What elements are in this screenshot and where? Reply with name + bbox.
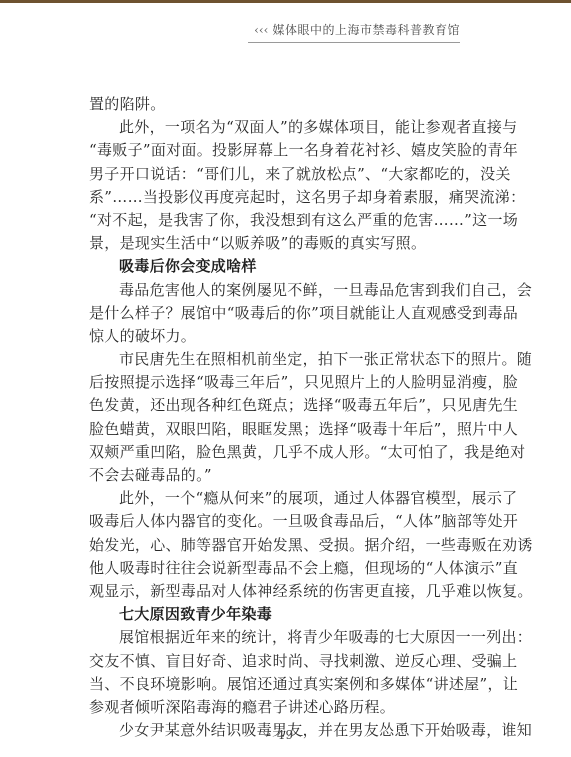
text-line: 毒品危害他人的案例屡见不鲜，一旦毒品危害到我们自己，会 [89,279,503,302]
text-line: 惊人的破坏力。 [89,325,503,348]
text-line: 后按照提示选择“吸毒三年后”，只见照片上的人脸明显消瘦，脸 [89,371,503,394]
text-line: 系”……当投影仪再度亮起时，这名男子却身着素服，痛哭流涕： [89,186,503,209]
section-2-paragraphs: 展馆根据近年来的统计，将青少年吸毒的七大原因一一列出：交友不慎、盲目好奇、追求时… [89,626,503,742]
text-line: 当、不良环境影响。展馆还通过真实案例和多媒体“讲述屋”，让 [89,673,503,696]
text-line: 始发光，心、肺等器官开始发黑、受损。据介绍，一些毒贩在劝诱 [89,534,503,557]
text-line: 不会去碰毒品的。” [89,464,503,487]
running-header: ‹‹‹媒体眼中的上海市禁毒科普教育馆 [248,20,460,43]
text-line: 色发黄，还出现各种红色斑点；选择“吸毒五年后”，只见唐先生 [89,394,503,417]
text-line: 双颊严重凹陷，脸色黑黄，几乎不成人形。“太可怕了，我是绝对 [89,441,503,464]
text-line: 市民唐先生在照相机前坐定，拍下一张正常状态下的照片。随 [89,348,503,371]
text-line: 此外，一项名为“双面人”的多媒体项目，能让参观者直接与 [89,116,503,139]
text-line: “毒贩子”面对面。投影屏幕上一名身着花衬衫、嬉皮笑脸的青年 [89,139,503,162]
intro-paragraphs: 置的陷阱。此外，一项名为“双面人”的多媒体项目，能让参观者直接与“毒贩子”面对面… [89,93,503,255]
text-line: 男子开口说话：“哥们儿，来了就放松点”、“大家都吃的，没关 [89,163,503,186]
text-line: 吸毒后人体内器官的变化。一旦吸食毒品后，“人体”脑部等处开 [89,510,503,533]
page-body: 置的陷阱。此外，一项名为“双面人”的多媒体项目，能让参观者直接与“毒贩子”面对面… [89,93,503,742]
text-line: 展馆根据近年来的统计，将青少年吸毒的七大原因一一列出： [89,626,503,649]
running-header-title: 媒体眼中的上海市禁毒科普教育馆 [272,23,460,37]
text-line: 交友不慎、盲目好奇、追求时尚、寻找刺激、逆反心理、受骗上 [89,650,503,673]
text-line: 此外，一个“瘾从何来”的展项，通过人体器官模型，展示了 [89,487,503,510]
text-line: 观显示，新型毒品对人体神经系统的伤害更直接，几乎难以恢复。 [89,580,503,603]
text-line: 参观者倾听深陷毒海的瘾君子讲述心路历程。 [89,696,503,719]
text-line: “对不起，是我害了你，我没想到有这么严重的危害……”这一场 [89,209,503,232]
text-line: 他人吸毒时往往会说新型毒品不会上瘾，但现场的“人体演示”直 [89,557,503,580]
section-heading: 吸毒后你会变成啥样 [89,255,503,278]
text-line: 置的陷阱。 [89,93,503,116]
text-line: 脸色蜡黄，双眼凹陷，眼眶发黑；选择“吸毒十年后”，照片中人 [89,418,503,441]
text-line: 是什么样子？展馆中“吸毒后的你”项目就能让人直观感受到毒品 [89,302,503,325]
section-heading: 七大原因致青少年染毒 [89,603,503,626]
page-number: - 49 - [0,728,571,742]
section-1-paragraphs: 毒品危害他人的案例屡见不鲜，一旦毒品危害到我们自己，会是什么样子？展馆中“吸毒后… [89,279,503,604]
top-border-rule [0,0,571,3]
text-line: 景，是现实生活中“以贩养吸”的毒贩的真实写照。 [89,232,503,255]
chevron-left-icon: ‹‹‹ [254,23,268,37]
